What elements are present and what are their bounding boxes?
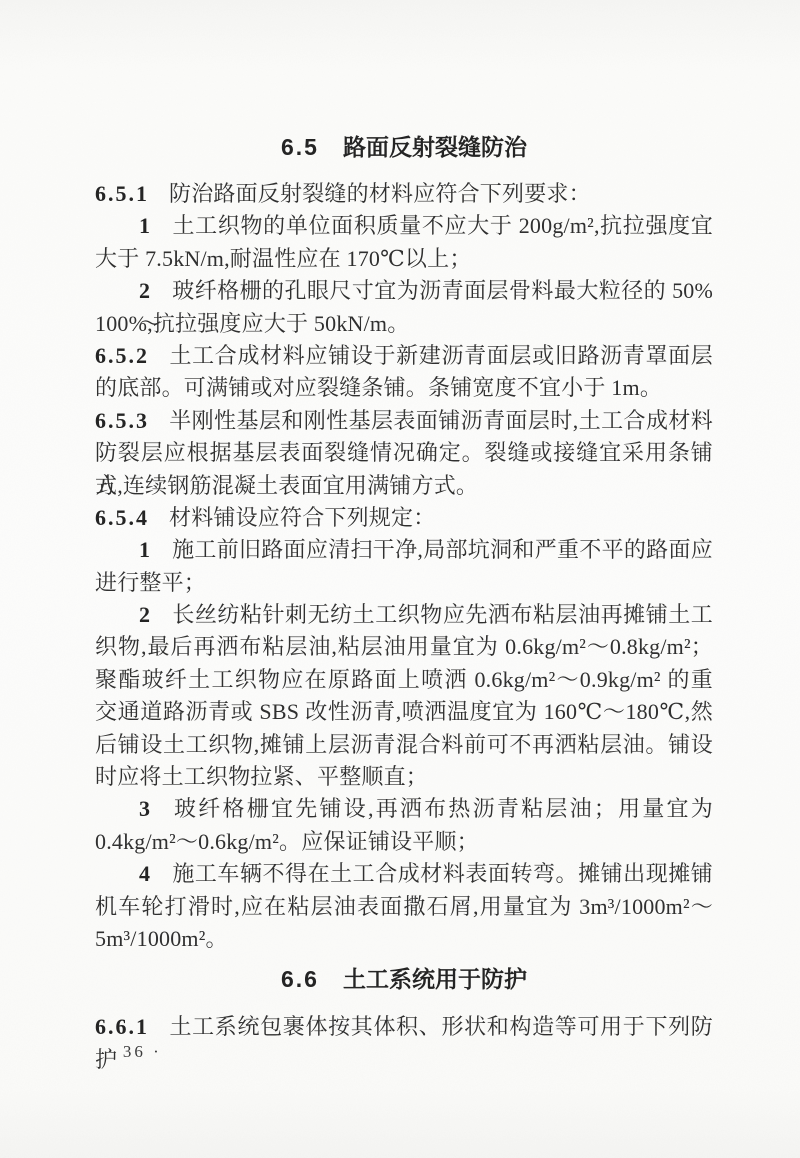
line-text: 玻纤格栅宜先铺设,再洒布热沥青粘层油；用量宜为 bbox=[172, 796, 713, 821]
text-line: 聚酯玻纤土工织物应在原路面上喷洒 0.6kg/m²～0.9kg/m² 的重 bbox=[95, 664, 713, 696]
line-text: 施工前旧路面应清扫干净,局部坑洞和严重不平的路面应 bbox=[172, 537, 713, 562]
clause-number: 6.5.1 bbox=[95, 181, 149, 206]
item-line: 1施工前旧路面应清扫干净,局部坑洞和严重不平的路面应 bbox=[95, 534, 713, 566]
section-number: 6.5 bbox=[281, 134, 319, 160]
line-text: 0.4kg/m²～0.6kg/m²。应保证铺设平顺； bbox=[95, 829, 479, 854]
item-number: 2 bbox=[139, 602, 150, 627]
line-text: 大于 7.5kN/m,耐温性应在 170℃以上； bbox=[95, 246, 472, 271]
line-text: 土工系统包裹体按其体积、形状和构造等可用于下列防护 bbox=[95, 1014, 713, 1071]
text-line: 大于 7.5kN/m,耐温性应在 170℃以上； bbox=[95, 243, 713, 275]
line-text: 交通道路沥青或 SBS 改性沥青,喷洒温度宜为 160℃～180℃,然 bbox=[95, 699, 713, 724]
item-number: 2 bbox=[139, 278, 150, 303]
text-line: 进行整平； bbox=[95, 567, 713, 599]
clause-line: 6.5.1防治路面反射裂缝的材料应符合下列要求： bbox=[95, 178, 713, 210]
clause-line: 6.5.3半刚性基层和刚性基层表面铺沥青面层时,土工合成材料 bbox=[95, 405, 713, 437]
section-title: 路面反射裂缝防治 bbox=[343, 134, 527, 160]
text-line: 0.4kg/m²～0.6kg/m²。应保证铺设平顺； bbox=[95, 826, 713, 858]
item-line: 2长丝纺粘针刺无纺土工织物应先洒布粘层油再摊铺土工 bbox=[95, 599, 713, 631]
line-text: 式,连续钢筋混凝土表面宜用满铺方式。 bbox=[95, 473, 478, 498]
item-line: 4施工车辆不得在土工合成材料表面转弯。摊铺出现摊铺 bbox=[95, 858, 713, 890]
scanned-document-page: 6.5路面反射裂缝防治6.5.1防治路面反射裂缝的材料应符合下列要求：1土工织物… bbox=[0, 0, 800, 1158]
item-number: 1 bbox=[139, 213, 150, 238]
text-line: 交通道路沥青或 SBS 改性沥青,喷洒温度宜为 160℃～180℃,然 bbox=[95, 696, 713, 728]
item-line: 2玻纤格栅的孔眼尺寸宜为沥青面层骨料最大粒径的 50%～ bbox=[95, 275, 713, 307]
text-line: 机车轮打滑时,应在粘层油表面撒石屑,用量宜为 3m³/1000m²～ bbox=[95, 891, 713, 923]
line-text: 半刚性基层和刚性基层表面铺沥青面层时,土工合成材料 bbox=[169, 408, 713, 433]
item-number: 3 bbox=[139, 796, 150, 821]
line-text: 聚酯玻纤土工织物应在原路面上喷洒 0.6kg/m²～0.9kg/m² 的重 bbox=[95, 667, 713, 692]
line-text: 土工织物的单位面积质量不应大于 200g/m²,抗拉强度宜 bbox=[172, 213, 713, 238]
item-number: 4 bbox=[139, 861, 150, 886]
line-text: 进行整平； bbox=[95, 570, 206, 595]
section-title: 土工系统用于防护 bbox=[343, 966, 527, 992]
text-line: 100%,抗拉强度应大于 50kN/m。 bbox=[95, 308, 713, 340]
text-line: 织物,最后再洒布粘层油,粘层油用量宜为 0.6kg/m²～0.8kg/m²； bbox=[95, 631, 713, 663]
clause-number: 6.5.4 bbox=[95, 505, 149, 530]
line-text: 织物,最后再洒布粘层油,粘层油用量宜为 0.6kg/m²～0.8kg/m²； bbox=[95, 634, 713, 659]
section-heading: 6.6土工系统用于防护 bbox=[95, 962, 713, 996]
line-text: 时应将土工织物拉紧、平整顺直； bbox=[95, 764, 428, 789]
item-line: 1土工织物的单位面积质量不应大于 200g/m²,抗拉强度宜 bbox=[95, 210, 713, 242]
line-text: 后铺设土工织物,摊铺上层沥青混合料前可不再洒粘层油。铺设 bbox=[95, 732, 713, 757]
line-text: 土工合成材料应铺设于新建沥青面层或旧路沥青罩面层 bbox=[169, 343, 713, 368]
line-text: 5m³/1000m²。 bbox=[95, 926, 228, 951]
section-number: 6.6 bbox=[281, 966, 319, 992]
line-text: 施工车辆不得在土工合成材料表面转弯。摊铺出现摊铺 bbox=[172, 861, 713, 886]
text-line: 后铺设土工织物,摊铺上层沥青混合料前可不再洒粘层油。铺设 bbox=[95, 729, 713, 761]
line-text: 防治路面反射裂缝的材料应符合下列要求： bbox=[169, 181, 591, 206]
section-heading: 6.5路面反射裂缝防治 bbox=[95, 130, 713, 164]
clause-line: 6.5.2土工合成材料应铺设于新建沥青面层或旧路沥青罩面层 bbox=[95, 340, 713, 372]
line-text: 的底部。可满铺或对应裂缝条铺。条铺宽度不宜小于 1m。 bbox=[95, 375, 662, 400]
line-text: 机车轮打滑时,应在粘层油表面撒石屑,用量宜为 3m³/1000m²～ bbox=[95, 894, 713, 919]
clause-number: 6.5.3 bbox=[95, 408, 149, 433]
text-line: 时应将土工织物拉紧、平整顺直； bbox=[95, 761, 713, 793]
clause-number: 6.5.2 bbox=[95, 343, 149, 368]
clause-line: 6.6.1土工系统包裹体按其体积、形状和构造等可用于下列防护 bbox=[95, 1011, 713, 1043]
text-line: 的底部。可满铺或对应裂缝条铺。条铺宽度不宜小于 1m。 bbox=[95, 372, 713, 404]
item-line: 3玻纤格栅宜先铺设,再洒布热沥青粘层油；用量宜为 bbox=[95, 793, 713, 825]
line-text: 长丝纺粘针刺无纺土工织物应先洒布粘层油再摊铺土工 bbox=[172, 602, 713, 627]
clause-line: 6.5.4材料铺设应符合下列规定： bbox=[95, 502, 713, 534]
line-text: 100%,抗拉强度应大于 50kN/m。 bbox=[95, 311, 409, 336]
text-line: 式,连续钢筋混凝土表面宜用满铺方式。 bbox=[95, 470, 713, 502]
text-line: 防裂层应根据基层表面裂缝情况确定。裂缝或接缝宜采用条铺方 bbox=[95, 437, 713, 469]
clause-number: 6.6.1 bbox=[95, 1014, 149, 1039]
item-number: 1 bbox=[139, 537, 150, 562]
text-line: 5m³/1000m²。 bbox=[95, 923, 713, 955]
line-text: 材料铺设应符合下列规定： bbox=[169, 505, 435, 530]
document-body: 6.5路面反射裂缝防治6.5.1防治路面反射裂缝的材料应符合下列要求：1土工织物… bbox=[95, 0, 713, 1044]
page-number: · 36 · bbox=[107, 1042, 162, 1062]
